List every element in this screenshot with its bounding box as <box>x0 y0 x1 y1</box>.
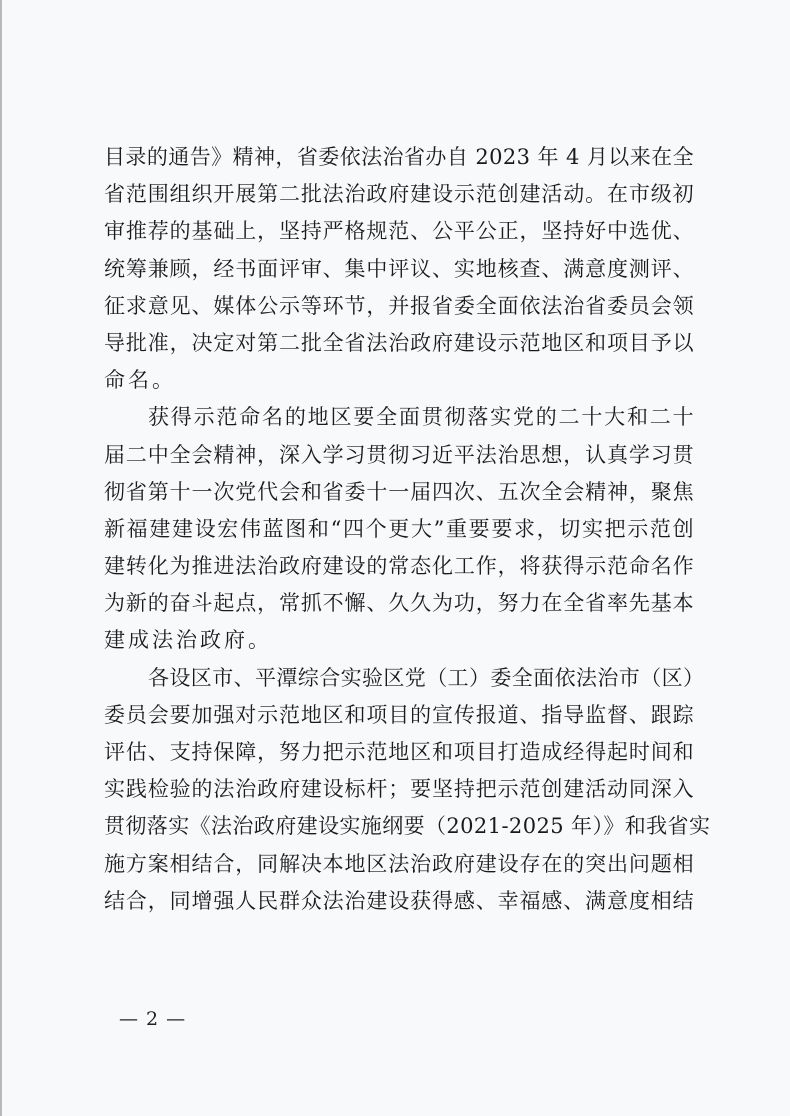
text-line: 征求意见、媒体公示等环节，并报省委全面依法治省委员会领 <box>104 288 694 325</box>
text-line: 建成法治政府。 <box>104 622 694 659</box>
page-left-edge <box>0 0 2 1116</box>
text-line: 届二中全会精神，深入学习贯彻习近平法治思想，认真学习贯 <box>104 437 694 474</box>
text-line: 建转化为推进法治政府建设的常态化工作，将获得示范命名作 <box>104 548 694 585</box>
text-line: 施方案相结合，同解决本地区法治政府建设存在的突出问题相 <box>104 846 694 883</box>
document-body: 目录的通告》精神，省委依法治省办自 2023 年 4 月以来在全 省范围组织开展… <box>104 139 694 920</box>
text-line: 实践检验的法治政府建设标杆；要坚持把示范创建活动同深入 <box>104 771 694 808</box>
text-line: 为新的奋斗起点，常抓不懈、久久为功，努力在全省率先基本 <box>104 585 694 622</box>
text-line: 命名。 <box>104 362 694 399</box>
text-line: 新福建建设宏伟蓝图和“四个更大”重要要求，切实把示范创 <box>104 511 694 548</box>
text-line: 彻省第十一次党代会和省委十一届四次、五次全会精神，聚焦 <box>104 474 694 511</box>
paragraph-start-line: 获得示范命名的地区要全面贯彻落实党的二十大和二十 <box>104 399 694 436</box>
text-line: 评估、支持保障，努力把示范地区和项目打造成经得起时间和 <box>104 734 694 771</box>
page-number: — 2 — <box>119 1008 186 1030</box>
text-line: 委员会要加强对示范地区和项目的宣传报道、指导监督、跟踪 <box>104 697 694 734</box>
text-line: 结合，同增强人民群众法治建设获得感、幸福感、满意度相结 <box>104 883 694 920</box>
text-line: 贯彻落实《法治政府建设实施纲要（2021-2025 年）》和我省实 <box>104 808 694 845</box>
paragraph-start-line: 各设区市、平潭综合实验区党（工）委全面依法治市（区） <box>104 660 694 697</box>
text-line: 审推荐的基础上，坚持严格规范、公平公正，坚持好中选优、 <box>104 213 694 250</box>
text-line: 目录的通告》精神，省委依法治省办自 2023 年 4 月以来在全 <box>104 139 694 176</box>
text-line: 省范围组织开展第二批法治政府建设示范创建活动。在市级初 <box>104 176 694 213</box>
text-line: 统筹兼顾，经书面评审、集中评议、实地核查、满意度测评、 <box>104 251 694 288</box>
text-line: 导批准，决定对第二批全省法治政府建设示范地区和项目予以 <box>104 325 694 362</box>
